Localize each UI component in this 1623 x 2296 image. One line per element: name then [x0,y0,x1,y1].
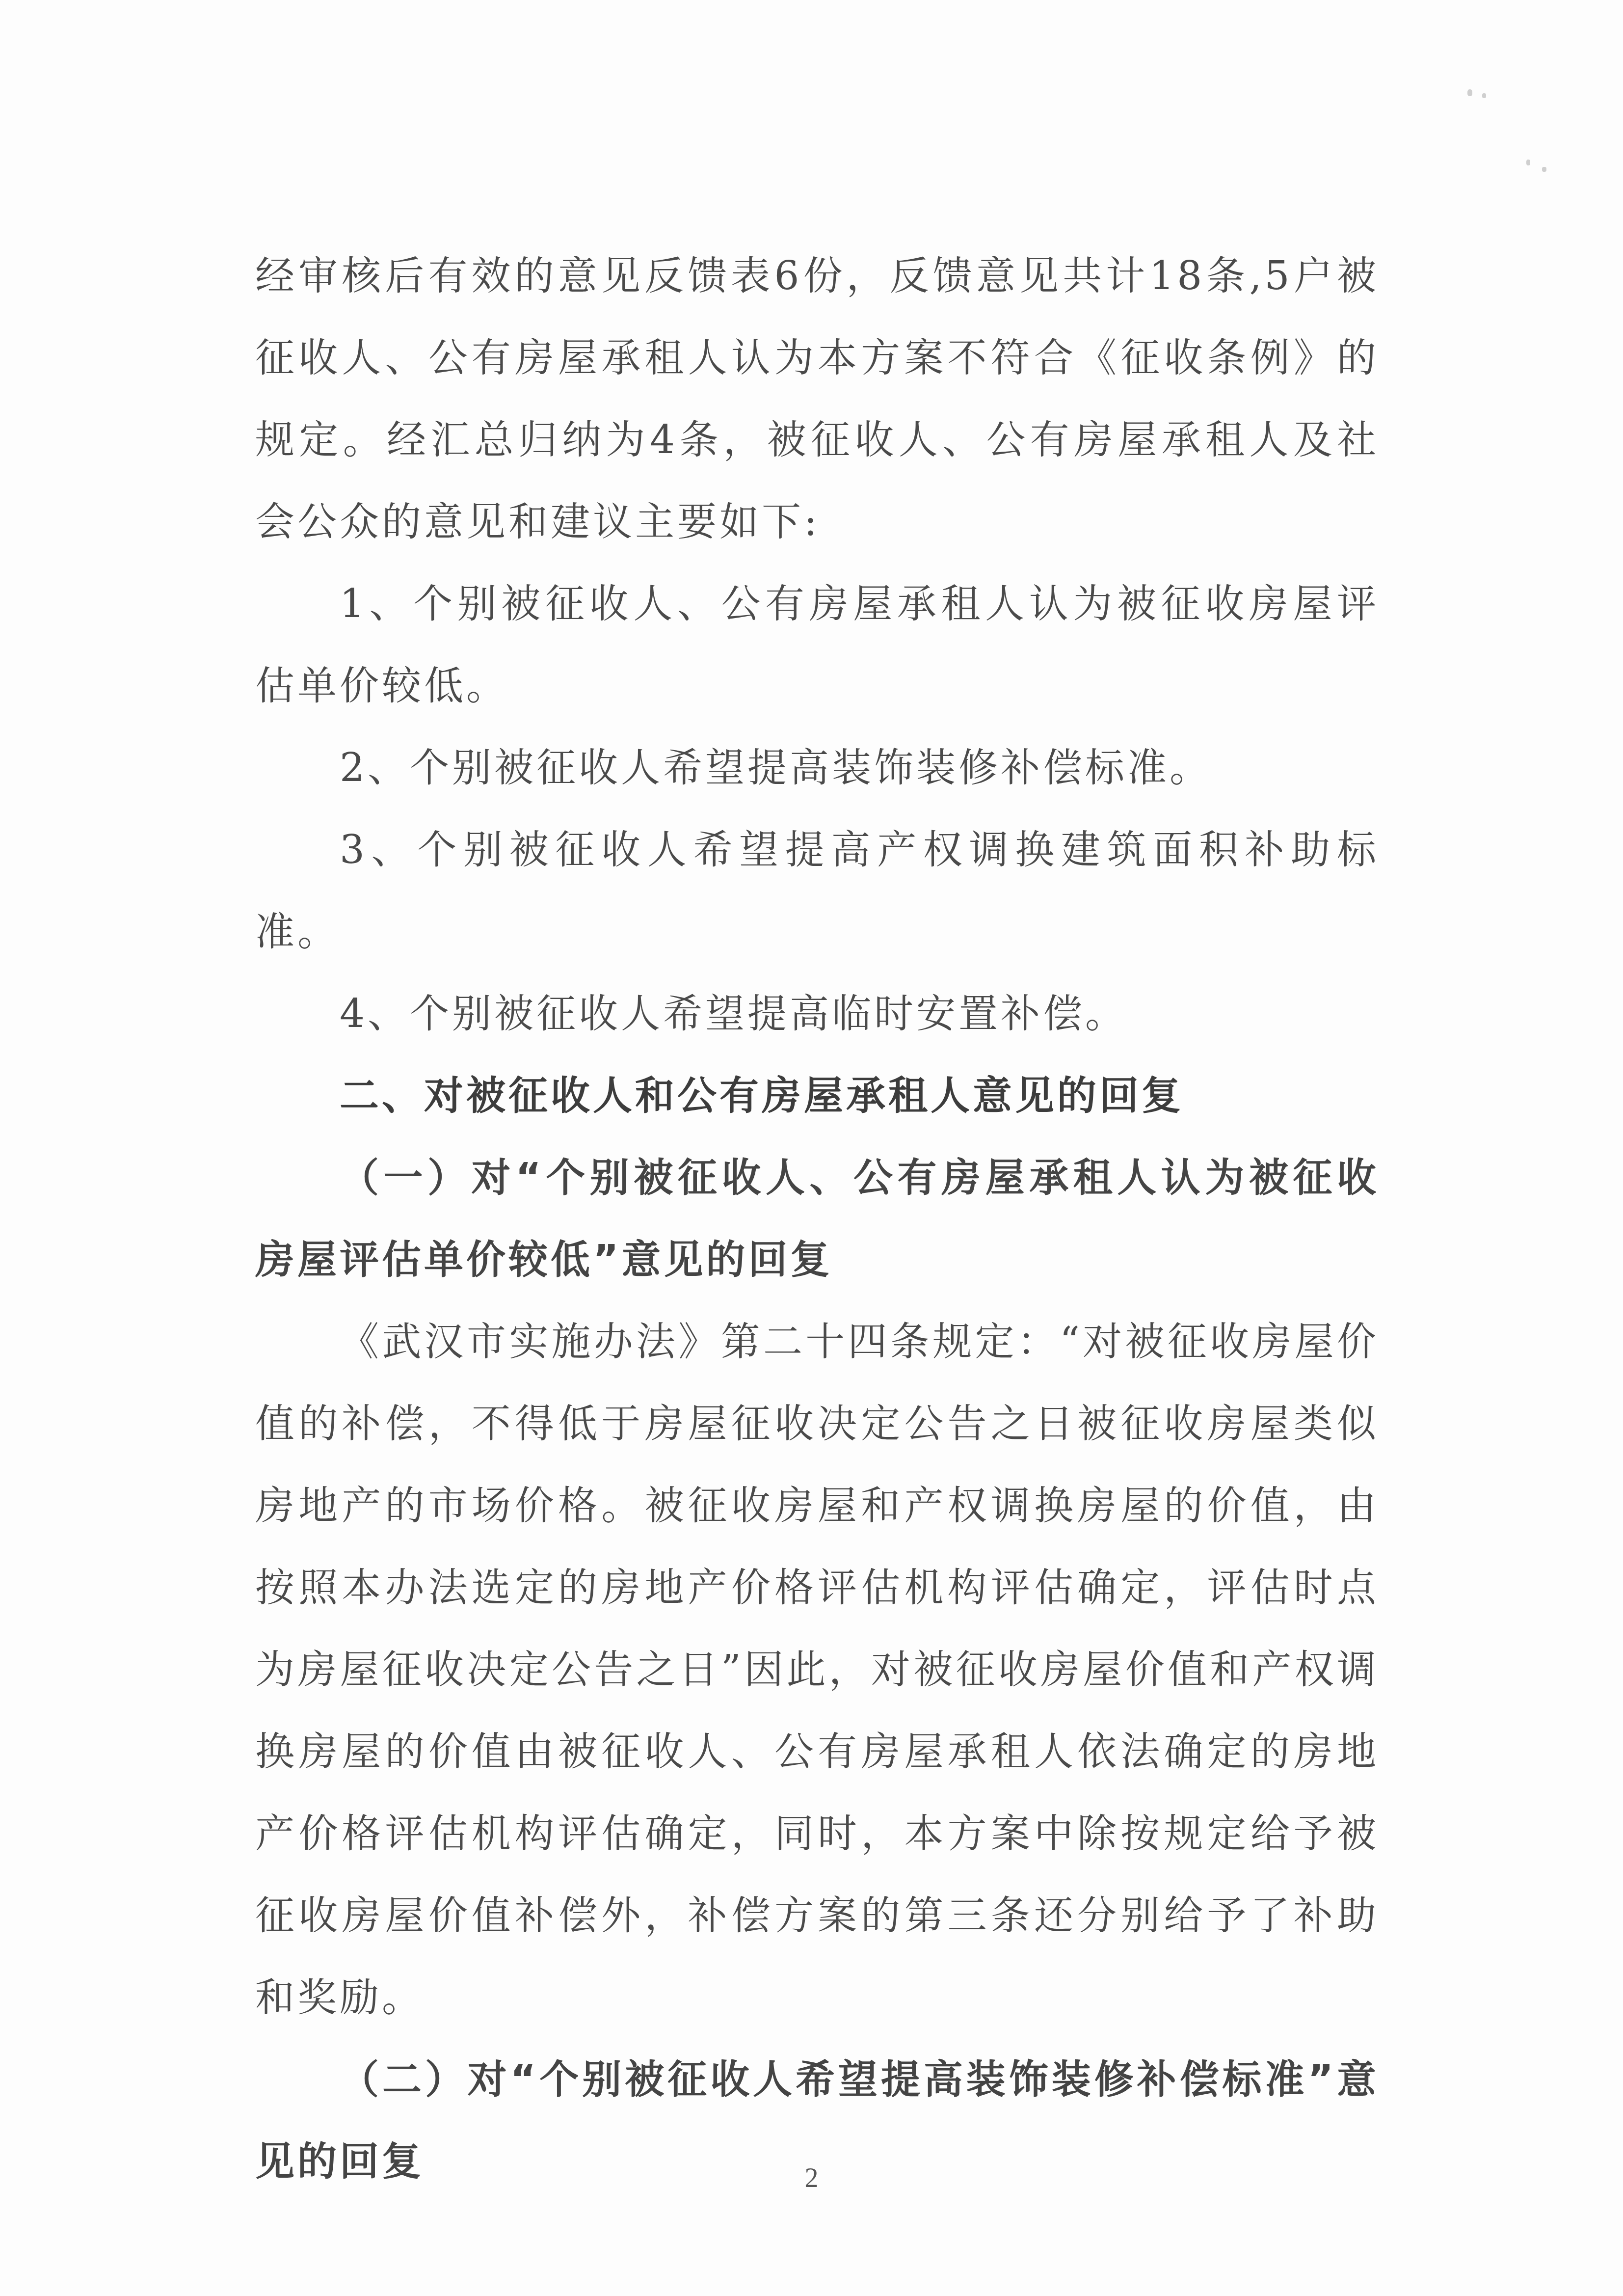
feedback-item-3: 3、个别被征收人希望提高产权调换建筑面积补助标准。 [255,809,1379,972]
document-page: 经审核后有效的意见反馈表6份，反馈意见共计18条,5户被征收人、公有房屋承租人认… [0,0,1623,2296]
intro-paragraph: 经审核后有效的意见反馈表6份，反馈意见共计18条,5户被征收人、公有房屋承租人认… [255,235,1379,563]
subsection-heading-1: （一）对“个别被征收人、公有房屋承租人认为被征收房屋评估单价较低”意见的回复 [255,1136,1379,1300]
feedback-item-1: 1、个别被征收人、公有房屋承租人认为被征收房屋评估单价较低。 [255,563,1379,727]
feedback-item-2: 2、个别被征收人希望提高装饰装修补偿标准。 [255,727,1379,809]
reply-paragraph-1: 《武汉市实施办法》第二十四条规定：“对被征收房屋价值的补偿，不得低于房屋征收决定… [255,1300,1379,2038]
page-number: 2 [0,2162,1623,2194]
section-heading-2: 二、对被征收人和公有房屋承租人意见的回复 [255,1054,1379,1136]
document-body: 经审核后有效的意见反馈表6份，反馈意见共计18条,5户被征收人、公有房屋承租人认… [255,235,1379,2202]
scan-artifact-mark [1482,93,1486,98]
scan-artifact-mark [1467,89,1472,96]
scan-artifact-mark [1542,167,1546,172]
feedback-item-4: 4、个别被征收人希望提高临时安置补偿。 [255,972,1379,1054]
scan-artifact-mark [1526,160,1530,165]
